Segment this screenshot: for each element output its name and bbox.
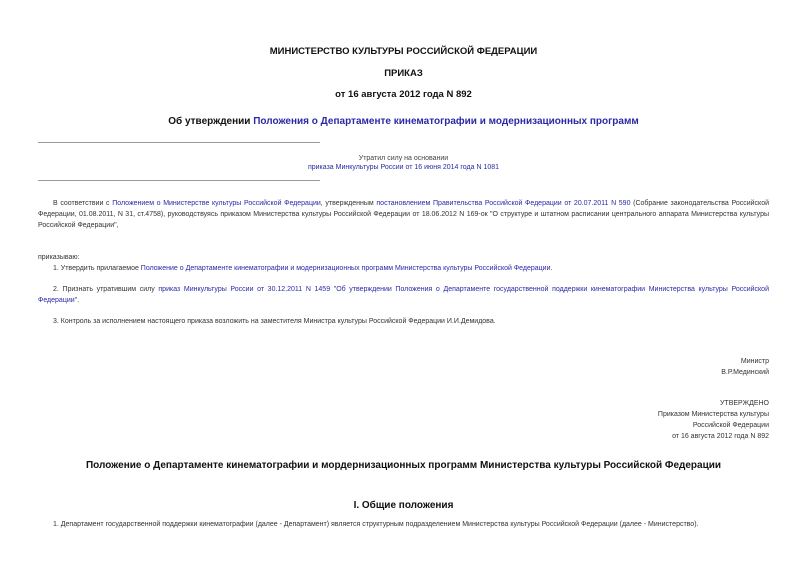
doc-type-heading: ПРИКАЗ [0, 68, 807, 79]
signature-position: Министр [721, 356, 769, 367]
order-item-3-text: 3. Контроль за исполнением настоящего пр… [53, 318, 496, 325]
document-page: МИНИСТЕРСТВО КУЛЬТУРЫ РОССИЙСКОЙ ФЕДЕРАЦ… [0, 0, 807, 571]
approval-line-4: от 16 августа 2012 года N 892 [658, 431, 769, 442]
doc-title-link[interactable]: Положения о Департаменте кинематографии … [253, 116, 639, 127]
order-item-1-link[interactable]: Положение о Департаменте кинематографии … [141, 265, 551, 272]
signature-name: В.Р.Мединский [721, 367, 769, 378]
regulation-title: Положение о Департаменте кинематографии … [0, 460, 807, 471]
repeal-note-link[interactable]: приказа Минкультуры России от 16 июня 20… [308, 164, 499, 171]
order-item-1-text: 1. Утвердить прилагаемое [53, 265, 141, 272]
section-1-title: I. Общие положения [0, 500, 807, 511]
preamble-paragraph: В соответствии с Положением о Министерст… [38, 198, 769, 231]
doc-title-prefix: Об утверждении [168, 116, 253, 127]
section-1-paragraph-1: 1. Департамент государственной поддержки… [38, 519, 769, 530]
doc-title: Об утверждении Положения о Департаменте … [0, 116, 807, 127]
approval-line-3: Российской Федерации [658, 420, 769, 431]
order-item-3: 3. Контроль за исполнением настоящего пр… [38, 316, 769, 327]
government-decree-link[interactable]: постановлением Правительства Российской … [376, 200, 630, 207]
order-word: приказываю: [38, 252, 769, 263]
order-item-2-suffix: . [77, 297, 79, 304]
ministry-regulation-link[interactable]: Положением о Министерстве культуры Росси… [112, 200, 321, 207]
order-item-1-suffix: . [551, 265, 553, 272]
divider-top [38, 142, 320, 143]
repeal-note-text: Утратил силу на основании [38, 154, 769, 163]
approval-block: УТВЕРЖДЕНО Приказом Министерства культур… [658, 398, 769, 442]
order-item-2: 2. Признать утратившим силу приказ Минку… [38, 284, 769, 306]
doc-date-number: от 16 августа 2012 года N 892 [0, 89, 807, 100]
divider-bottom [38, 180, 320, 181]
preamble-text-2: , утвержденным [321, 200, 377, 207]
order-item-1: 1. Утвердить прилагаемое Положение о Деп… [38, 263, 769, 274]
ministry-heading: МИНИСТЕРСТВО КУЛЬТУРЫ РОССИЙСКОЙ ФЕДЕРАЦ… [0, 46, 807, 57]
approval-heading: УТВЕРЖДЕНО [658, 398, 769, 409]
signature-block: Министр В.Р.Мединский [721, 356, 769, 378]
preamble-text-1: В соответствии с [53, 200, 112, 207]
order-item-2-text: 2. Признать утратившим силу [53, 286, 158, 293]
approval-line-2: Приказом Министерства культуры [658, 409, 769, 420]
repeal-note: Утратил силу на основании приказа Минкул… [38, 154, 769, 172]
